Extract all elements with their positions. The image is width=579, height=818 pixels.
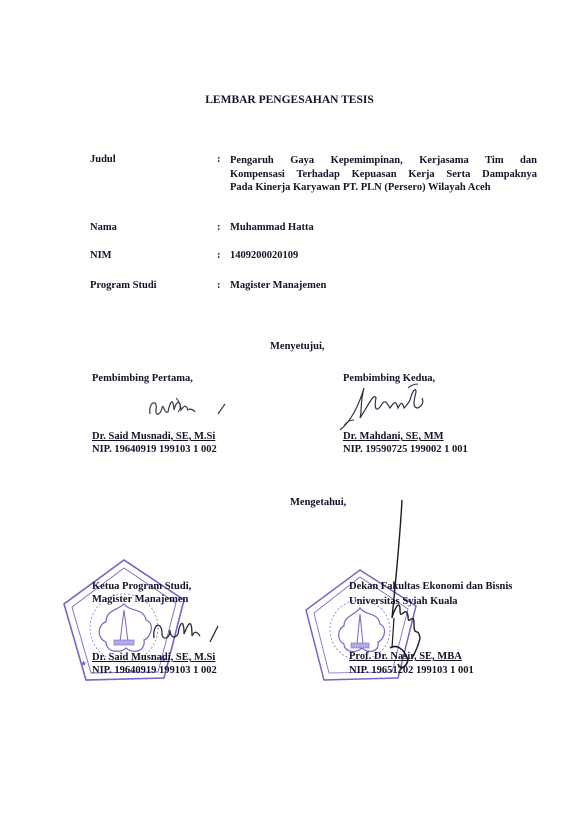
- field-value-program-studi: Magister Manajemen: [230, 280, 326, 291]
- approval-heading: Menyetujui,: [270, 341, 325, 352]
- acknowledgement-heading: Mengetahui,: [290, 497, 346, 508]
- first-advisor-nip: NIP. 19640919 199103 1 002: [92, 444, 217, 455]
- first-advisor-signature: [140, 388, 250, 428]
- field-label-judul: Judul: [90, 154, 116, 165]
- judul-line: Pada Kinerja Karyawan PT. PLN (Persero) …: [230, 181, 537, 195]
- program-head-unit: Magister Manajemen: [92, 594, 188, 605]
- dean-name: Prof. Dr. Nasir, SE, MBA: [349, 651, 462, 662]
- program-head-nip: NIP. 19640919 199103 1 002: [92, 665, 217, 676]
- program-head-signature: [148, 612, 228, 648]
- judul-line: Pengaruh Gaya Kepemimpinan, Kerjasama Ti…: [230, 154, 537, 168]
- field-value-nama: Muhammad Hatta: [230, 222, 314, 233]
- dean-role: Dekan Fakultas Ekonomi dan Bisnis: [349, 581, 512, 592]
- document-title: LEMBAR PENGESAHAN TESIS: [0, 94, 579, 106]
- svg-text:★: ★: [80, 659, 87, 668]
- field-label-nama: Nama: [90, 222, 117, 233]
- field-value-nim: 1409200020109: [230, 250, 298, 261]
- field-label-program-studi: Program Studi: [90, 280, 157, 291]
- judul-line: Kompensasi Terhadap Kepuasan Kerja Serta…: [230, 168, 537, 182]
- program-head-role: Ketua Program Studi,: [92, 581, 191, 592]
- program-head-name: Dr. Said Musnadi, SE, M.Si: [92, 652, 215, 663]
- field-separator: :: [217, 154, 221, 165]
- field-label-nim: NIM: [90, 250, 112, 261]
- second-advisor-name: Dr. Mahdani, SE, MM: [343, 431, 444, 442]
- dean-nip: NIP. 19651202 199103 1 001: [349, 665, 474, 676]
- dean-unit: Universitas Syiah Kuala: [349, 596, 458, 607]
- field-value-judul: Pengaruh Gaya Kepemimpinan, Kerjasama Ti…: [230, 154, 537, 195]
- second-advisor-signature: [330, 378, 480, 438]
- field-separator: :: [217, 222, 221, 233]
- field-separator: :: [217, 250, 221, 261]
- first-advisor-name: Dr. Said Musnadi, SE, M.Si: [92, 431, 215, 442]
- first-advisor-role: Pembimbing Pertama,: [92, 373, 193, 384]
- field-separator: :: [217, 280, 221, 291]
- second-advisor-nip: NIP. 19590725 199002 1 001: [343, 444, 468, 455]
